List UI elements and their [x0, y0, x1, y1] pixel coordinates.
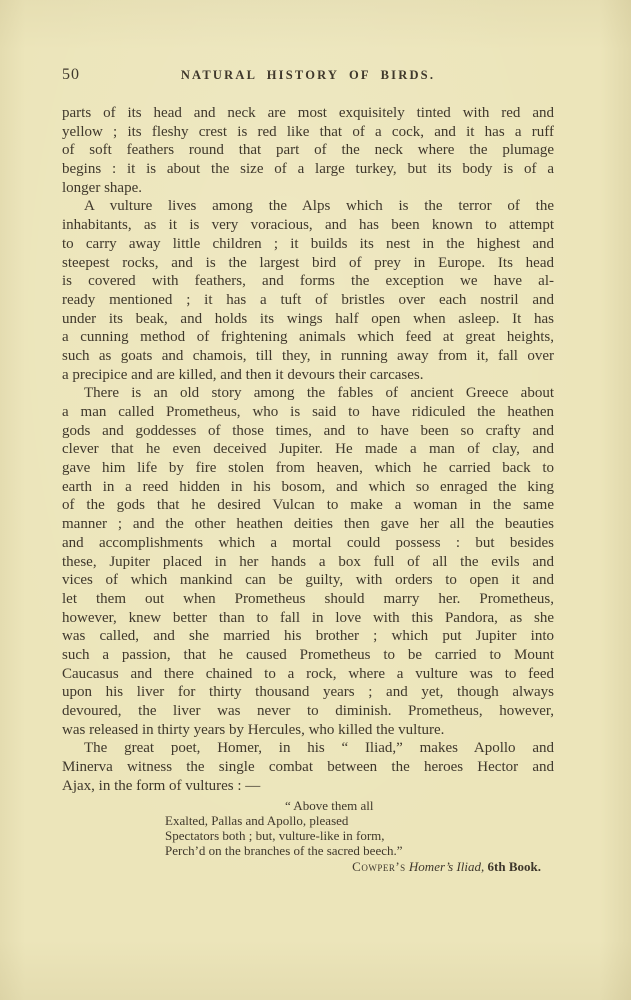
text-line: The great poet, Homer, in his “ Iliad,” … — [62, 739, 554, 758]
text-line: to carry away little children ; it build… — [62, 235, 554, 254]
text-line: of soft feathers round that part of the … — [62, 141, 554, 160]
text-line: vices of which mankind can be guilty, wi… — [62, 571, 554, 590]
text-line: devoured, the liver was never to diminis… — [62, 702, 554, 721]
text-line: a precipice and are killed, and then it … — [62, 366, 554, 385]
verse-line: Exalted, Pallas and Apollo, pleased — [165, 814, 554, 829]
text-line: upon his liver for thirty thousand years… — [62, 683, 554, 702]
verse-line: “ Above them all — [285, 799, 554, 814]
running-header-title: NATURAL HISTORY OF BIRDS. — [181, 68, 435, 82]
text-line: begins : it is about the size of a large… — [62, 160, 554, 179]
text-line: a cunning method of frightening animals … — [62, 328, 554, 347]
verse-quote: “ Above them allExalted, Pallas and Apol… — [62, 799, 554, 874]
page-number: 50 — [62, 66, 80, 84]
text-line: ready mentioned ; it has a tuft of brist… — [62, 291, 554, 310]
text-line: let them out when Prometheus should marr… — [62, 590, 554, 609]
text-line: steepest rocks, and is the largest bird … — [62, 254, 554, 273]
text-line: inhabitants, as it is very voracious, an… — [62, 216, 554, 235]
attribution-work-title: Homer’s Iliad, — [406, 859, 485, 874]
text-line: Caucasus and there chained to a rock, wh… — [62, 665, 554, 684]
text-line: such as goats and chamois, till they, in… — [62, 347, 554, 366]
text-line: under its beak, and holds its wings half… — [62, 310, 554, 329]
text-line: longer shape. — [62, 179, 554, 198]
text-line: was called, and she married his brother … — [62, 627, 554, 646]
text-line: A vulture lives among the Alps which is … — [62, 197, 554, 216]
text-line: such a passion, that he caused Prometheu… — [62, 646, 554, 665]
running-head: 50 NATURAL HISTORY OF BIRDS. — [62, 66, 554, 84]
text-line: parts of its head and neck are most exqu… — [62, 104, 554, 123]
verse-line: Perch’d on the branches of the sacred be… — [165, 844, 554, 859]
page-content: 50 NATURAL HISTORY OF BIRDS. parts of it… — [62, 66, 554, 874]
paragraph: parts of its head and neck are most exqu… — [62, 104, 554, 197]
text-line: earth in a reed hidden in his bosom, and… — [62, 478, 554, 497]
text-line: gave him life by fire stolen from heaven… — [62, 459, 554, 478]
text-line: however, knew better than to fall in lov… — [62, 609, 554, 628]
paragraph: There is an old story among the fables o… — [62, 384, 554, 739]
text-line: gods and goddesses of those times, and t… — [62, 422, 554, 441]
text-line: of the gods that he desired Vulcan to ma… — [62, 496, 554, 515]
text-line: is covered with feathers, and forms the … — [62, 272, 554, 291]
text-line: clever that he even deceived Jupiter. He… — [62, 440, 554, 459]
text-line: Minerva witness the single combat betwee… — [62, 758, 554, 777]
text-line: yellow ; its fleshy crest is red like th… — [62, 123, 554, 142]
attribution-author: Cowper’s — [352, 859, 406, 874]
text-line: these, Jupiter placed in her hands a box… — [62, 553, 554, 572]
quote-attribution: Cowper’s Homer’s Iliad, 6th Book. — [62, 859, 554, 875]
book-page-scan: 50 NATURAL HISTORY OF BIRDS. parts of it… — [0, 0, 631, 1000]
body-text: parts of its head and neck are most exqu… — [62, 104, 554, 795]
text-line: manner ; and the other heathen deities t… — [62, 515, 554, 534]
text-line: was released in thirty years by Hercules… — [62, 721, 554, 740]
text-line: and accomplishments which a mortal could… — [62, 534, 554, 553]
paragraph: The great poet, Homer, in his “ Iliad,” … — [62, 739, 554, 795]
text-line: Ajax, in the form of vultures : — — [62, 777, 554, 796]
attribution-book-detail: 6th Book. — [484, 859, 541, 874]
paragraph: A vulture lives among the Alps which is … — [62, 197, 554, 384]
verse-lines: “ Above them allExalted, Pallas and Apol… — [62, 799, 554, 858]
verse-line: Spectators both ; but, vulture-like in f… — [165, 829, 554, 844]
text-line: There is an old story among the fables o… — [62, 384, 554, 403]
text-line: a man called Prometheus, who is said to … — [62, 403, 554, 422]
